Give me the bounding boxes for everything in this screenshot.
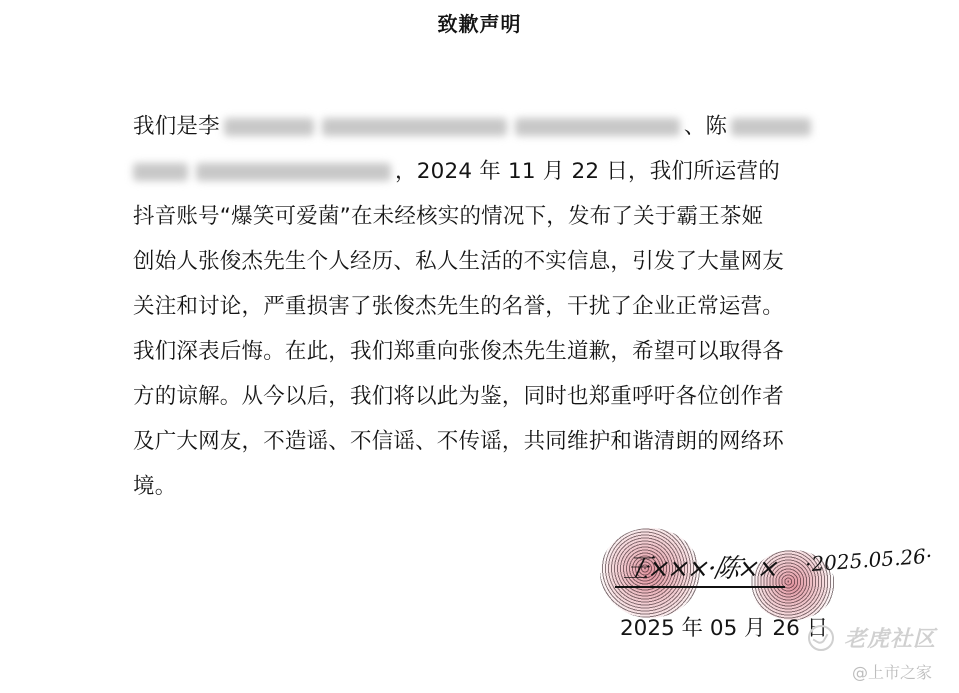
watermark-text: 老虎社区 (844, 622, 936, 653)
statement-line-1: 我们是李、陈 (133, 104, 833, 149)
redacted-id-number (196, 163, 391, 181)
redacted-name (224, 118, 314, 136)
signature-block: 王×××·陈×× ·2025.05.26· (580, 520, 910, 620)
watermark-source: @上市之家 (852, 660, 932, 683)
tiger-community-logo-icon (808, 625, 834, 651)
redacted-id-label (133, 163, 188, 181)
line-text: 我们是李 (133, 114, 220, 139)
handwritten-date: ·2025.05.26· (804, 544, 933, 577)
line-text: 、陈 (684, 114, 727, 139)
statement-line-6: 我们深表后悔。在此，我们郑重向张俊杰先生道歉，希望可以取得各 (133, 329, 833, 374)
statement-line-4: 创始人张俊杰先生个人经历、私人生活的不实信息，引发了大量网友 (133, 239, 833, 284)
statement-line-7: 方的谅解。从今以后，我们将以此为鉴，同时也郑重呼吁各位创作者 (133, 374, 833, 419)
redacted-name (731, 118, 811, 136)
statement-line-9: 境。 (133, 464, 833, 509)
watermark: 老虎社区 (808, 622, 936, 653)
statement-line-2: ，2024 年 11 月 22 日，我们所运营的 (133, 149, 833, 194)
line-text: ，2024 年 11 月 22 日，我们所运营的 (395, 159, 780, 184)
document-title: 致歉声明 (0, 8, 959, 37)
statement-line-8: 及广大网友，不造谣、不信谣、不传谣，共同维护和谐清朗的网络环 (133, 419, 833, 464)
handwritten-signature: 王×××·陈×× (621, 548, 782, 585)
redacted-id-label (322, 118, 507, 136)
statement-body: 我们是李、陈 ，2024 年 11 月 22 日，我们所运营的 抖音账号“爆笑可… (133, 104, 833, 509)
statement-line-5: 关注和讨论，严重损害了张俊杰先生的名誉，干扰了企业正常运营。 (133, 284, 833, 329)
statement-date: 2025 年 05 月 26 日 (620, 611, 828, 642)
redacted-id-number (515, 118, 680, 136)
statement-line-3: 抖音账号“爆笑可爱菌”在未经核实的情况下，发布了关于霸王茶姬 (133, 194, 833, 239)
signature-underline (615, 586, 785, 588)
